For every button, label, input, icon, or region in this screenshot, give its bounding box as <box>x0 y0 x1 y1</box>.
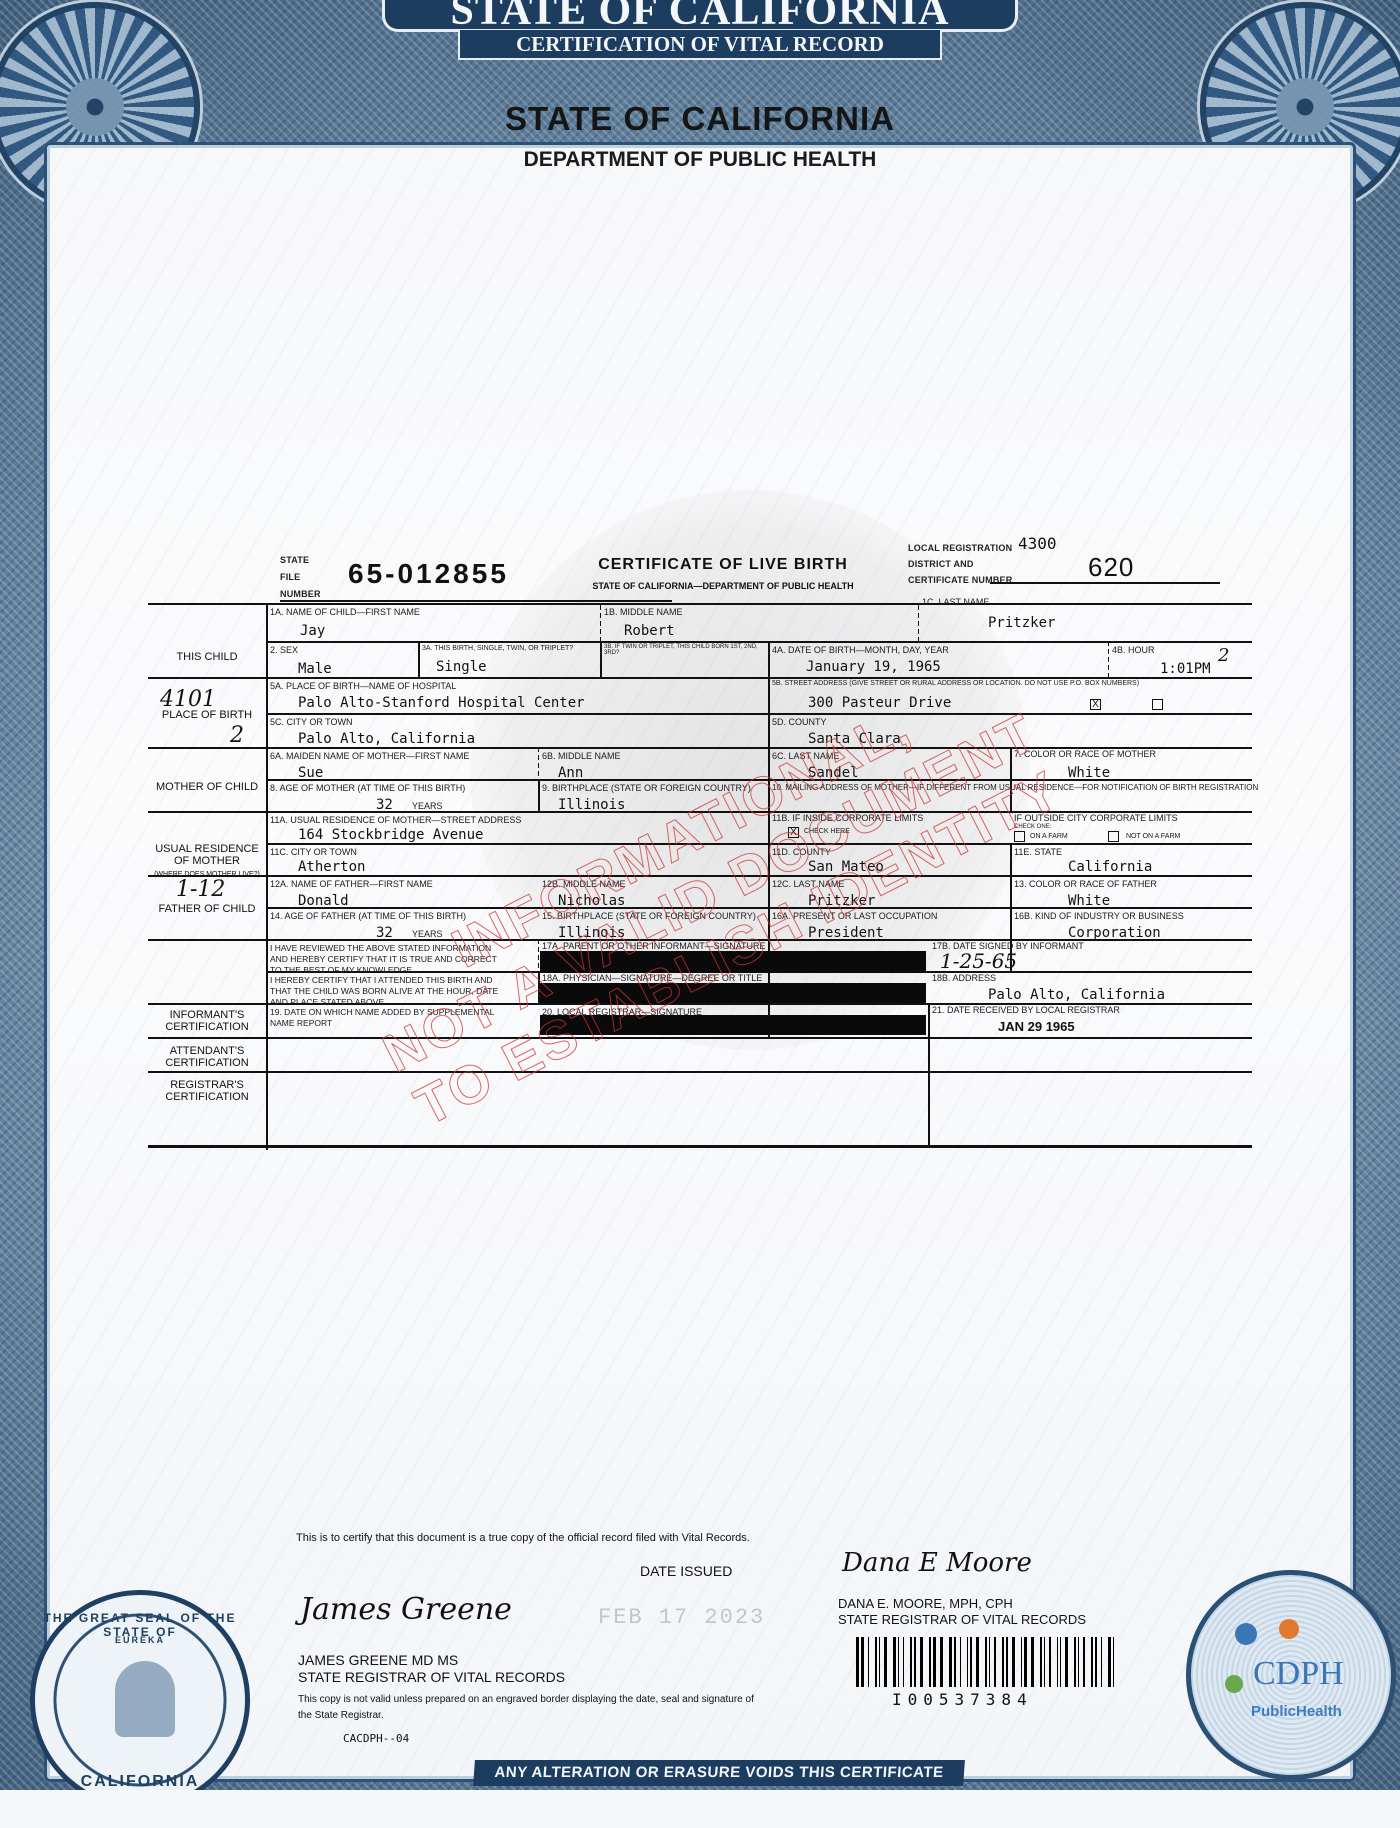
birth-city: Palo Alto, California <box>298 731 475 747</box>
border-banner-subtitle: CERTIFICATION OF VITAL RECORD <box>458 30 942 60</box>
date-received: JAN 29 1965 <box>998 1019 1075 1034</box>
divider <box>990 582 1220 584</box>
barcode-bar <box>1060 1637 1061 1687</box>
barcode-bar <box>985 1637 988 1687</box>
barcode-bar <box>1083 1637 1085 1687</box>
barcode-bar <box>879 1637 881 1687</box>
page-bottom-margin <box>0 1790 1400 1828</box>
residence-state: California <box>1068 859 1152 875</box>
certificate-grid: THIS CHILD PLACE OF BIRTH MOTHER OF CHIL… <box>148 603 1252 1148</box>
child-last-name: Pritzker <box>988 615 1055 631</box>
redacted-physician-signature <box>540 983 926 1003</box>
residence-city: Atherton <box>298 859 365 875</box>
birth-street-address: 300 Pasteur Drive <box>808 695 951 711</box>
redacted-informant-signature <box>540 951 926 973</box>
minerva-figure-icon <box>115 1661 175 1737</box>
father-race: White <box>1068 893 1110 909</box>
informant-statement: I HAVE REVIEWED THE ABOVE STATED INFORMA… <box>270 943 502 976</box>
physician-address: Palo Alto, California <box>988 987 1165 1003</box>
page-title: STATE OF CALIFORNIA <box>0 100 1400 138</box>
registrar-signature-greene: James Greene <box>300 1592 512 1627</box>
barcode-bar <box>954 1637 956 1687</box>
form-code: CACDPH--04 <box>343 1732 409 1745</box>
border-banner-title: STATE OF CALIFORNIA <box>382 0 1018 32</box>
alteration-warning-banner: ANY ALTERATION OR ERASURE VOIDS THIS CER… <box>473 1760 965 1786</box>
barcode-bar <box>920 1637 923 1687</box>
certificate-number: 620 <box>1088 552 1134 583</box>
barcode-bar <box>868 1637 869 1687</box>
birth-hour: 1:01PM <box>1160 661 1211 677</box>
registrar-moore: DANA E. MOORE, MPH, CPH STATE REGISTRAR … <box>838 1596 1086 1628</box>
hospital-name: Palo Alto-Stanford Hospital Center <box>298 695 585 711</box>
barcode-bar <box>929 1637 932 1687</box>
logo-figure-blue-icon <box>1235 1623 1257 1645</box>
section-attendant-certification: ATTENDANT'S CERTIFICATION <box>148 1045 266 1069</box>
attendant-statement: I HEREBY CERTIFY THAT I ATTENDED THIS BI… <box>270 975 502 1008</box>
barcode-bar <box>933 1637 936 1687</box>
birth-county: Santa Clara <box>808 731 901 747</box>
mother-birthplace: Illinois <box>558 797 625 813</box>
birth-certificate-form: STATE FILE NUMBER 65-012855 CERTIFICATE … <box>148 540 1252 1150</box>
father-birthplace: Illinois <box>558 925 625 941</box>
informant-date: 1-25-65 <box>940 949 1017 973</box>
page-subtitle: DEPARTMENT OF PUBLIC HEALTH <box>0 148 1400 172</box>
barcode-bar <box>1074 1637 1076 1687</box>
child-middle-name: Robert <box>624 623 675 639</box>
barcode-bar <box>914 1637 916 1687</box>
date-issued-value: FEB 17 2023 <box>598 1605 765 1630</box>
barcode-bar <box>856 1637 859 1687</box>
logo-figure-green-icon <box>1225 1675 1243 1693</box>
not-on-farm-checkbox[interactable] <box>1108 831 1119 842</box>
barcode-bar <box>967 1637 968 1687</box>
mother-race: White <box>1068 765 1110 781</box>
mother-age: 32 <box>376 797 393 813</box>
barcode-bar <box>1101 1637 1102 1687</box>
barcode-bar <box>1065 1637 1068 1687</box>
barcode-bar <box>1024 1637 1027 1687</box>
barcode-bar <box>960 1637 961 1687</box>
handwritten-place-code: 4101 <box>160 687 216 712</box>
local-registration-district: 4300 <box>1018 534 1057 553</box>
barcode-bar <box>949 1637 952 1687</box>
barcode-bar <box>1049 1637 1051 1687</box>
supplemental-name-label: 19. DATE ON WHICH NAME ADDED BY SUPPLEME… <box>270 1007 502 1029</box>
barcode-bar <box>1108 1637 1111 1687</box>
barcode-bar <box>1091 1637 1093 1687</box>
registrar-signature-moore: Dana E Moore <box>842 1548 1032 1578</box>
barcode-bar <box>910 1637 912 1687</box>
handwritten-hour-mark: 2 <box>1218 645 1229 666</box>
barcode-bar <box>1021 1637 1022 1687</box>
barcode-bar <box>1078 1637 1079 1687</box>
state-file-number: 65-012855 <box>348 558 509 590</box>
great-seal-california-icon: THE GREAT SEAL OF THE STATE OF EUREKA CA… <box>30 1590 250 1810</box>
father-occupation: President <box>808 925 884 941</box>
barcode-bar <box>875 1637 877 1687</box>
registrar-greene: JAMES GREENE MD MS STATE REGISTRAR OF VI… <box>298 1652 565 1686</box>
barcode-bar <box>994 1637 996 1687</box>
section-usual-residence: USUAL RESIDENCE OF MOTHER <box>148 843 266 867</box>
validity-notice: This copy is not valid unless prepared o… <box>298 1692 758 1724</box>
certify-statement: This is to certify that this document is… <box>296 1530 766 1547</box>
barcode-bar <box>1044 1637 1045 1687</box>
barcode-bar <box>1040 1637 1043 1687</box>
barcode-bar <box>1006 1637 1008 1687</box>
section-informant-certification: INFORMANT'S CERTIFICATION <box>148 1009 266 1033</box>
barcode-bar <box>884 1637 887 1687</box>
inside-city-limits-checkbox[interactable]: X <box>1090 699 1101 710</box>
father-age: 32 <box>376 925 393 941</box>
barcode-bar <box>1031 1637 1034 1687</box>
barcode-bar <box>1002 1637 1004 1687</box>
barcode-bar <box>898 1637 899 1687</box>
barcode-bar <box>1012 1637 1015 1687</box>
barcode-bar <box>1095 1637 1098 1687</box>
date-issued-label: DATE ISSUED <box>640 1563 732 1579</box>
barcode-number: I00537384 <box>892 1690 1033 1709</box>
barcode-bar <box>970 1637 972 1687</box>
child-first-name: Jay <box>300 623 325 639</box>
redacted-local-registrar-signature <box>540 1015 926 1035</box>
handwritten-father-code: 1-12 <box>176 877 225 902</box>
state-file-label: STATE FILE NUMBER <box>280 552 321 603</box>
residence-street: 164 Stockbridge Avenue <box>298 827 483 843</box>
residence-county: San Mateo <box>808 859 884 875</box>
birth-type: Single <box>436 659 487 675</box>
father-middle-name: Nicholas <box>558 893 625 909</box>
barcode-bar <box>1057 1637 1058 1687</box>
barcode-bar <box>940 1637 943 1687</box>
barcode-bar <box>903 1637 904 1687</box>
certificate-subtitle: STATE OF CALIFORNIA—DEPARTMENT OF PUBLIC… <box>558 581 888 591</box>
mother-first-name: Sue <box>298 765 323 781</box>
on-farm-checkbox[interactable] <box>1014 831 1025 842</box>
barcode-bar <box>861 1637 864 1687</box>
barcode-bar <box>989 1637 990 1687</box>
mother-last-name: Sandel <box>808 765 859 781</box>
divider <box>280 600 672 602</box>
section-father: FATHER OF CHILD <box>148 903 266 915</box>
father-last-name: Pritzker <box>808 893 875 909</box>
cdph-logo: CDPH PublicHealth <box>1186 1570 1396 1780</box>
section-mother: MOTHER OF CHILD <box>148 781 266 793</box>
barcode-bar <box>976 1637 979 1687</box>
outside-city-limits-checkbox[interactable] <box>1152 699 1163 710</box>
handwritten-place-code-2: 2 <box>230 723 244 748</box>
certificate-title: CERTIFICATE OF LIVE BIRTH <box>558 556 888 574</box>
inside-corporate-checkbox[interactable]: X <box>788 827 799 838</box>
section-registrar-certification: REGISTRAR'S CERTIFICATION <box>148 1079 266 1103</box>
barcode <box>856 1637 1118 1687</box>
father-industry: Corporation <box>1068 925 1161 941</box>
logo-figure-orange-icon <box>1279 1619 1299 1639</box>
barcode-bar <box>1113 1637 1114 1687</box>
child-sex: Male <box>298 661 332 677</box>
father-first-name: Donald <box>298 893 349 909</box>
section-this-child: THIS CHILD <box>148 651 266 663</box>
date-of-birth: January 19, 1965 <box>806 659 941 675</box>
mother-middle-name: Ann <box>558 765 583 781</box>
local-registration-label: LOCAL REGISTRATION DISTRICT AND CERTIFIC… <box>908 540 1012 588</box>
certificate-header: STATE FILE NUMBER 65-012855 CERTIFICATE … <box>148 540 1252 602</box>
barcode-bar <box>893 1637 896 1687</box>
